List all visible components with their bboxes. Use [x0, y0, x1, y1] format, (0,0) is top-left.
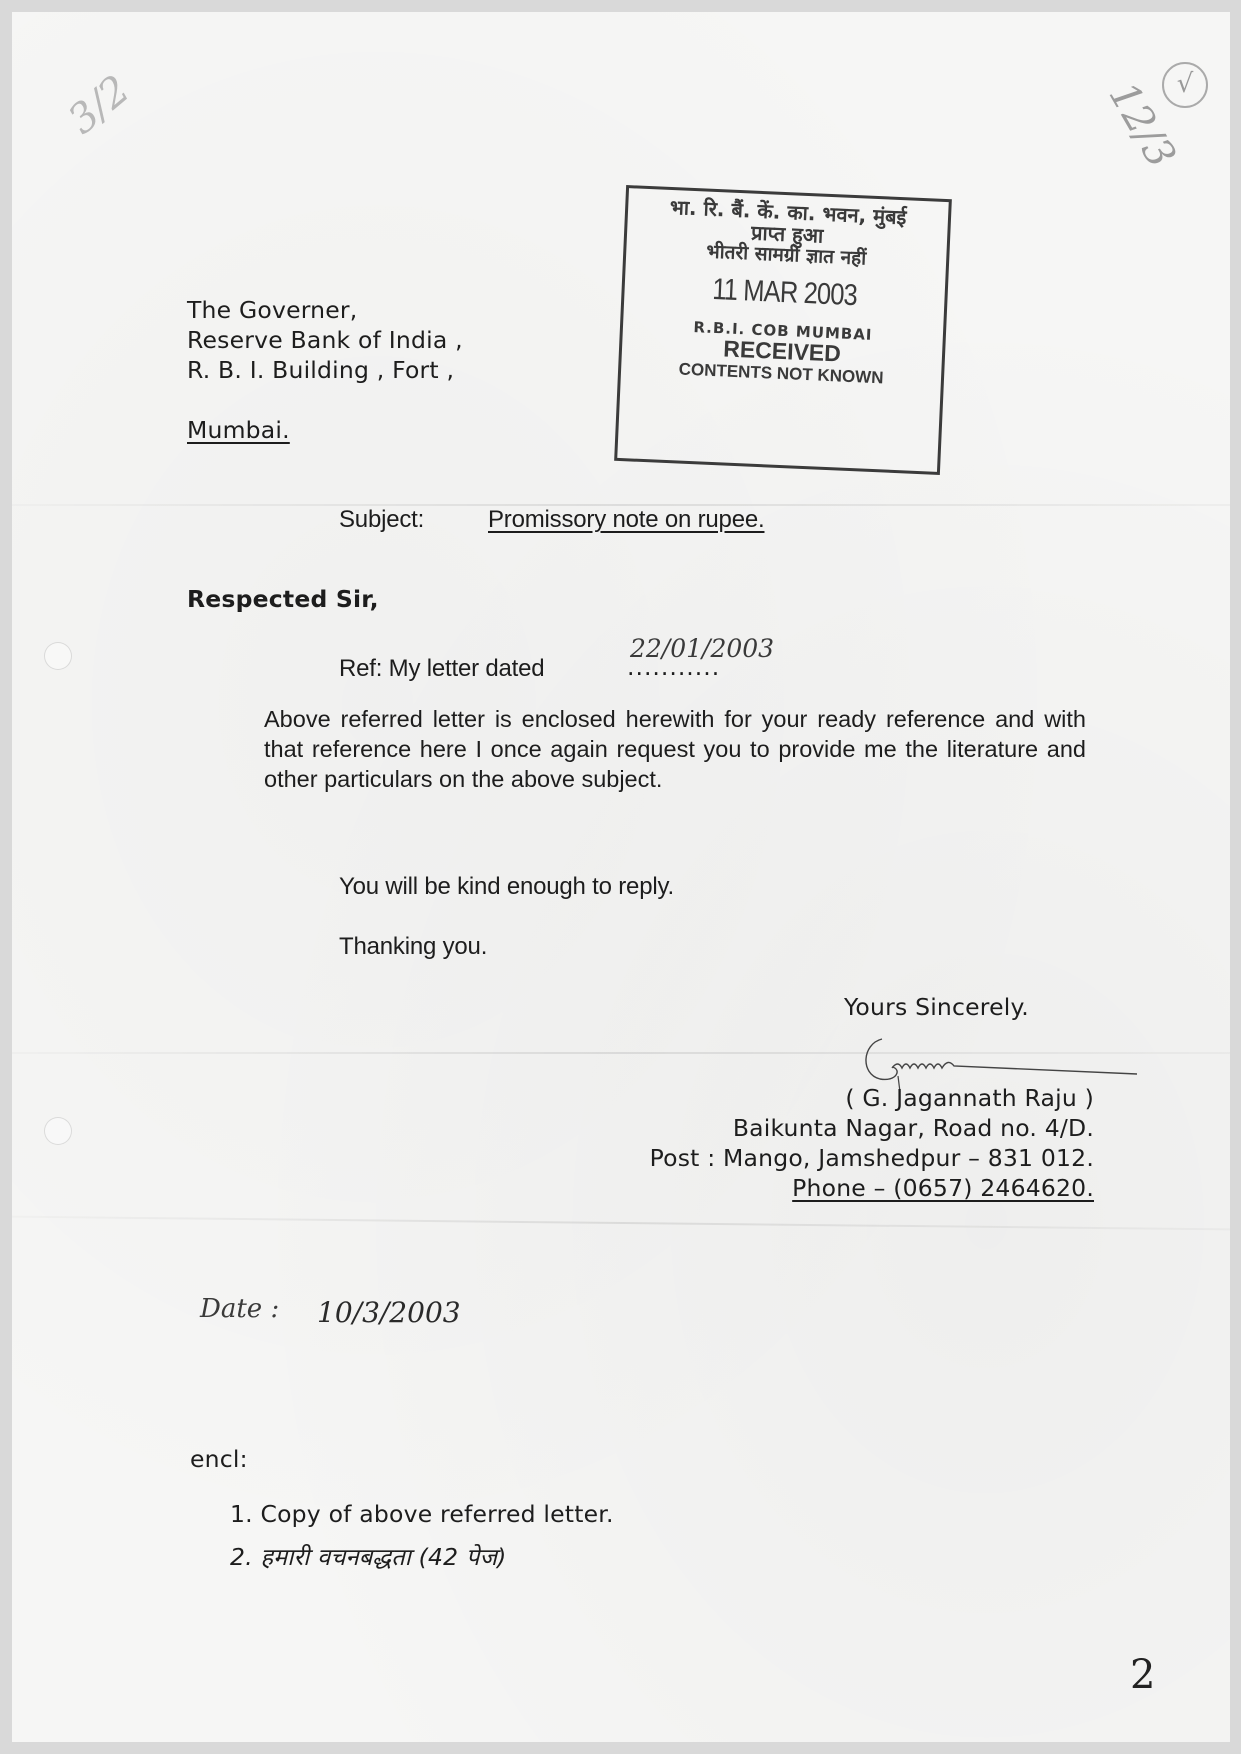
page-number: 2	[1130, 1652, 1155, 1698]
date-label: Date :	[200, 1294, 279, 1324]
sender-name: ( G. Jagannath Raju )	[804, 1083, 1094, 1113]
closing: Yours Sincerely.	[844, 992, 1029, 1022]
sender-address-2: Post : Mango, Jamshedpur – 831 012.	[559, 1143, 1094, 1173]
body-paragraph: Above referred letter is enclosed herewi…	[264, 704, 1086, 794]
reference-handwritten-date: 22/01/2003	[630, 634, 774, 663]
enclosure-item: 2. हमारी वचनबद्धता (42 पेज)	[230, 1542, 507, 1572]
pencil-mark-top-left: 3/2	[60, 67, 139, 144]
recipient-line-3: R. B. I. Building , Fort ,	[187, 355, 454, 385]
salutation: Respected Sir,	[187, 584, 379, 614]
stamp-date: 11 MAR 2003	[648, 270, 921, 315]
received-stamp: भा. रि. बैं. कें. का. भवन, मुंबई प्राप्त…	[614, 185, 952, 475]
enclosure-item: 1. Copy of above referred letter.	[230, 1499, 614, 1529]
sender-address-1: Baikunta Nagar, Road no. 4/D.	[659, 1113, 1094, 1143]
request-line: You will be kind enough to reply.	[339, 872, 674, 902]
check-circle-icon: √	[1162, 62, 1208, 108]
thanks-line: Thanking you.	[339, 932, 487, 962]
letter-page: 3/2 12/3 √ भा. रि. बैं. कें. का. भवन, मु…	[12, 12, 1230, 1742]
punch-hole	[44, 1117, 72, 1145]
subject-text: Promissory note on rupee.	[488, 505, 764, 535]
recipient-line-2: Reserve Bank of India ,	[187, 325, 463, 355]
recipient-city: Mumbai.	[187, 415, 290, 445]
reference-label: Ref: My letter dated	[339, 654, 544, 684]
enclosures-label: encl:	[190, 1444, 248, 1474]
recipient-line-1: The Governer,	[187, 295, 357, 325]
paper-fold	[12, 1216, 1230, 1231]
punch-hole	[44, 642, 72, 670]
subject-label: Subject:	[339, 505, 424, 535]
sender-phone-text: Phone – (0657) 2464620.	[792, 1174, 1094, 1202]
date-value: 10/3/2003	[317, 1296, 461, 1329]
sender-phone: Phone – (0657) 2464620.	[659, 1173, 1094, 1203]
